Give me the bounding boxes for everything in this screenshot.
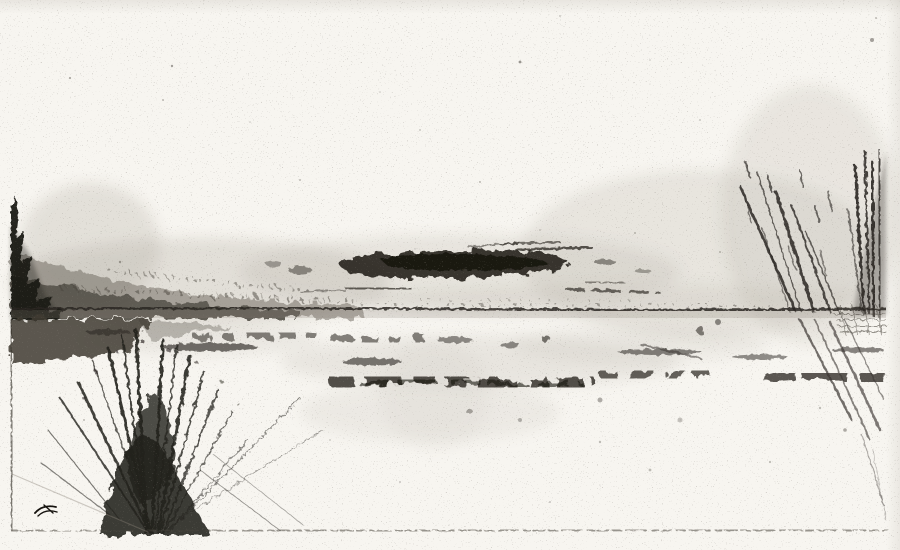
etching-canvas [0, 0, 900, 550]
paper-grain-overlay [0, 0, 900, 550]
etching-artwork [0, 0, 900, 550]
